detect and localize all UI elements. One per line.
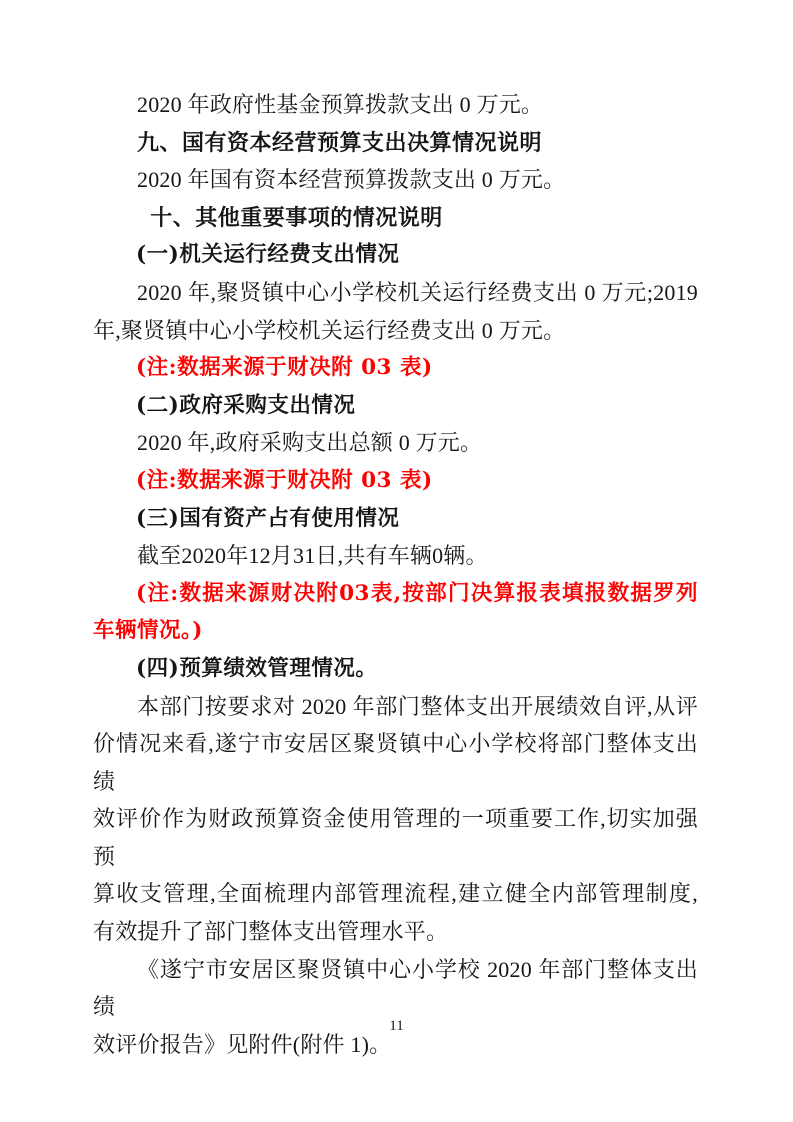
subsection-heading: (一)机关运行经费支出情况 <box>93 236 698 274</box>
note-line: (注:数据来源于财决附 03 表) <box>93 349 698 387</box>
note-line: (注:数据来源于财决附 03 表) <box>93 462 698 500</box>
paragraph-line: 算收支管理,全面梳理内部管理流程,建立健全内部管理制度, <box>93 875 698 913</box>
note-line: (注:数据来源财决附03表,按部门决算报表填报数据罗列 <box>93 575 698 613</box>
section-heading: 十、其他重要事项的情况说明 <box>93 199 698 237</box>
paragraph-line: 2020 年,政府采购支出总额 0 万元。 <box>93 424 698 462</box>
paragraph-line: 2020 年国有资本经营预算拨款支出 0 万元。 <box>93 161 698 199</box>
paragraph-line: 2020 年政府性基金预算拨款支出 0 万元。 <box>93 86 698 124</box>
document-page: 2020 年政府性基金预算拨款支出 0 万元。九、国有资本经营预算支出决算情况说… <box>0 0 793 1122</box>
subsection-heading: (二)政府采购支出情况 <box>93 387 698 425</box>
subsection-heading: (三)国有资产占有使用情况 <box>93 500 698 538</box>
paragraph-line: 有效提升了部门整体支出管理水平。 <box>93 913 698 951</box>
document-body: 2020 年政府性基金预算拨款支出 0 万元。九、国有资本经营预算支出决算情况说… <box>93 86 698 1063</box>
paragraph-line: 本部门按要求对 2020 年部门整体支出开展绩效自评,从评 <box>93 688 698 726</box>
paragraph-line: 效评价作为财政预算资金使用管理的一项重要工作,切实加强预 <box>93 800 698 875</box>
paragraph-line: 年,聚贤镇中心小学校机关运行经费支出 0 万元。 <box>93 312 698 350</box>
subsection-heading: (四)预算绩效管理情况。 <box>93 650 698 688</box>
note-line: 车辆情况。) <box>93 612 698 650</box>
section-heading: 九、国有资本经营预算支出决算情况说明 <box>93 124 698 162</box>
paragraph-line: 截至2020年12月31日,共有车辆0辆。 <box>93 537 698 575</box>
paragraph-line: 《遂宁市安居区聚贤镇中心小学校 2020 年部门整体支出绩 <box>93 951 698 1026</box>
paragraph-line: 2020 年,聚贤镇中心小学校机关运行经费支出 0 万元;2019 <box>93 274 698 312</box>
paragraph-line: 价情况来看,遂宁市安居区聚贤镇中心小学校将部门整体支出绩 <box>93 725 698 800</box>
page-number: 11 <box>0 1018 793 1035</box>
